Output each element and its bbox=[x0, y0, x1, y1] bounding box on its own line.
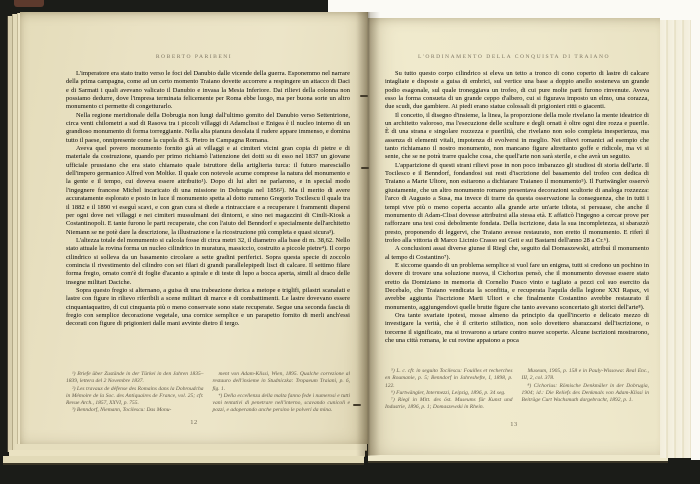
body-paragraph: Sopra questo fregio si alternano, a guis… bbox=[66, 287, 350, 329]
body-paragraph: E siccome quando di un problema semplice… bbox=[385, 262, 649, 312]
left-page-number: 12 bbox=[20, 419, 368, 426]
page-edge bbox=[368, 455, 668, 463]
body-paragraph: L'altezza totale del monumento si calcol… bbox=[66, 237, 350, 287]
left-footnotes: ¹) Briefe über Zustände in der Türkei in… bbox=[66, 371, 350, 421]
body-paragraph: Aveva quel povero monumento fornito già … bbox=[66, 145, 350, 237]
left-running-head: ROBERTO PARIBENI bbox=[20, 54, 368, 60]
footnote: ⁷) Riegl in Mitt. des öst. Museums für K… bbox=[385, 397, 513, 412]
footnote: ⁶) Furtwängler, Intermezzi, Leipzig, 189… bbox=[385, 390, 513, 397]
left-body-text: L'imperatore era stato tratto verso le f… bbox=[66, 70, 350, 366]
binding-stitch bbox=[353, 404, 361, 406]
binding-stitch bbox=[360, 95, 368, 97]
body-paragraph: L'apparizione di questi strani rilievi p… bbox=[385, 162, 649, 245]
backdrop-white-edge bbox=[691, 0, 700, 460]
right-running-head: L'ORDINAMENTO DELLA CONQUISTA DI TRAIANO bbox=[368, 54, 660, 60]
footnote-column: ¹) Briefe über Zustände in der Türkei in… bbox=[66, 371, 204, 421]
right-page-number: 13 bbox=[368, 421, 660, 428]
page-edge bbox=[3, 456, 364, 465]
footnote: ²) Les travaux de défense des Romains da… bbox=[66, 386, 204, 408]
body-paragraph: L'imperatore era stato tratto verso le f… bbox=[66, 70, 350, 112]
footnote: ¹) Briefe über Zustände in der Türkei in… bbox=[66, 371, 204, 386]
gutter-shadow bbox=[356, 12, 380, 456]
footnote-column: ment von Adam-Klissi, Wien, 1895. Qualch… bbox=[213, 371, 351, 421]
body-paragraph: Il concetto, il disegno d'insieme, la li… bbox=[385, 112, 649, 162]
footnote: ⁴) Della eccellenza della malta fanno fe… bbox=[213, 393, 351, 415]
book-spine-head bbox=[14, 0, 44, 7]
body-paragraph: A conclusioni assai diverse giunse il Ri… bbox=[385, 245, 649, 262]
footnote: Museum, 1905, p. 158 e in Pauly-Wissowa:… bbox=[522, 368, 650, 383]
footnote: ³) Benndorf, Niemann, Tocilescu: Das Mon… bbox=[66, 407, 204, 414]
footnote: ⁵) L. c. cfr. in seguito Tocilescu: Foui… bbox=[385, 368, 513, 390]
footnote: ⁸) Cichorius: Römische Denkmäler in der … bbox=[522, 383, 650, 405]
footnote-column: ⁵) L. c. cfr. in seguito Tocilescu: Foui… bbox=[385, 368, 513, 420]
body-paragraph: Su tutto questo corpo cilindrico si elev… bbox=[385, 70, 649, 112]
fore-edge-pages bbox=[660, 20, 691, 458]
right-footnotes: ⁵) L. c. cfr. in seguito Tocilescu: Foui… bbox=[385, 368, 649, 420]
binding-stitch bbox=[361, 167, 369, 169]
body-paragraph: Ora tante svariate ipotesi, mosse almeno… bbox=[385, 312, 649, 345]
body-paragraph: Nella regione meridionale della Dobrugia… bbox=[66, 112, 350, 145]
right-body-text: Su tutto questo corpo cilindrico si elev… bbox=[385, 70, 649, 366]
footnote: ment von Adam-Klissi, Wien, 1895. Qualch… bbox=[213, 371, 351, 393]
footnote-column: Museum, 1905, p. 158 e in Pauly-Wissowa:… bbox=[522, 368, 650, 420]
